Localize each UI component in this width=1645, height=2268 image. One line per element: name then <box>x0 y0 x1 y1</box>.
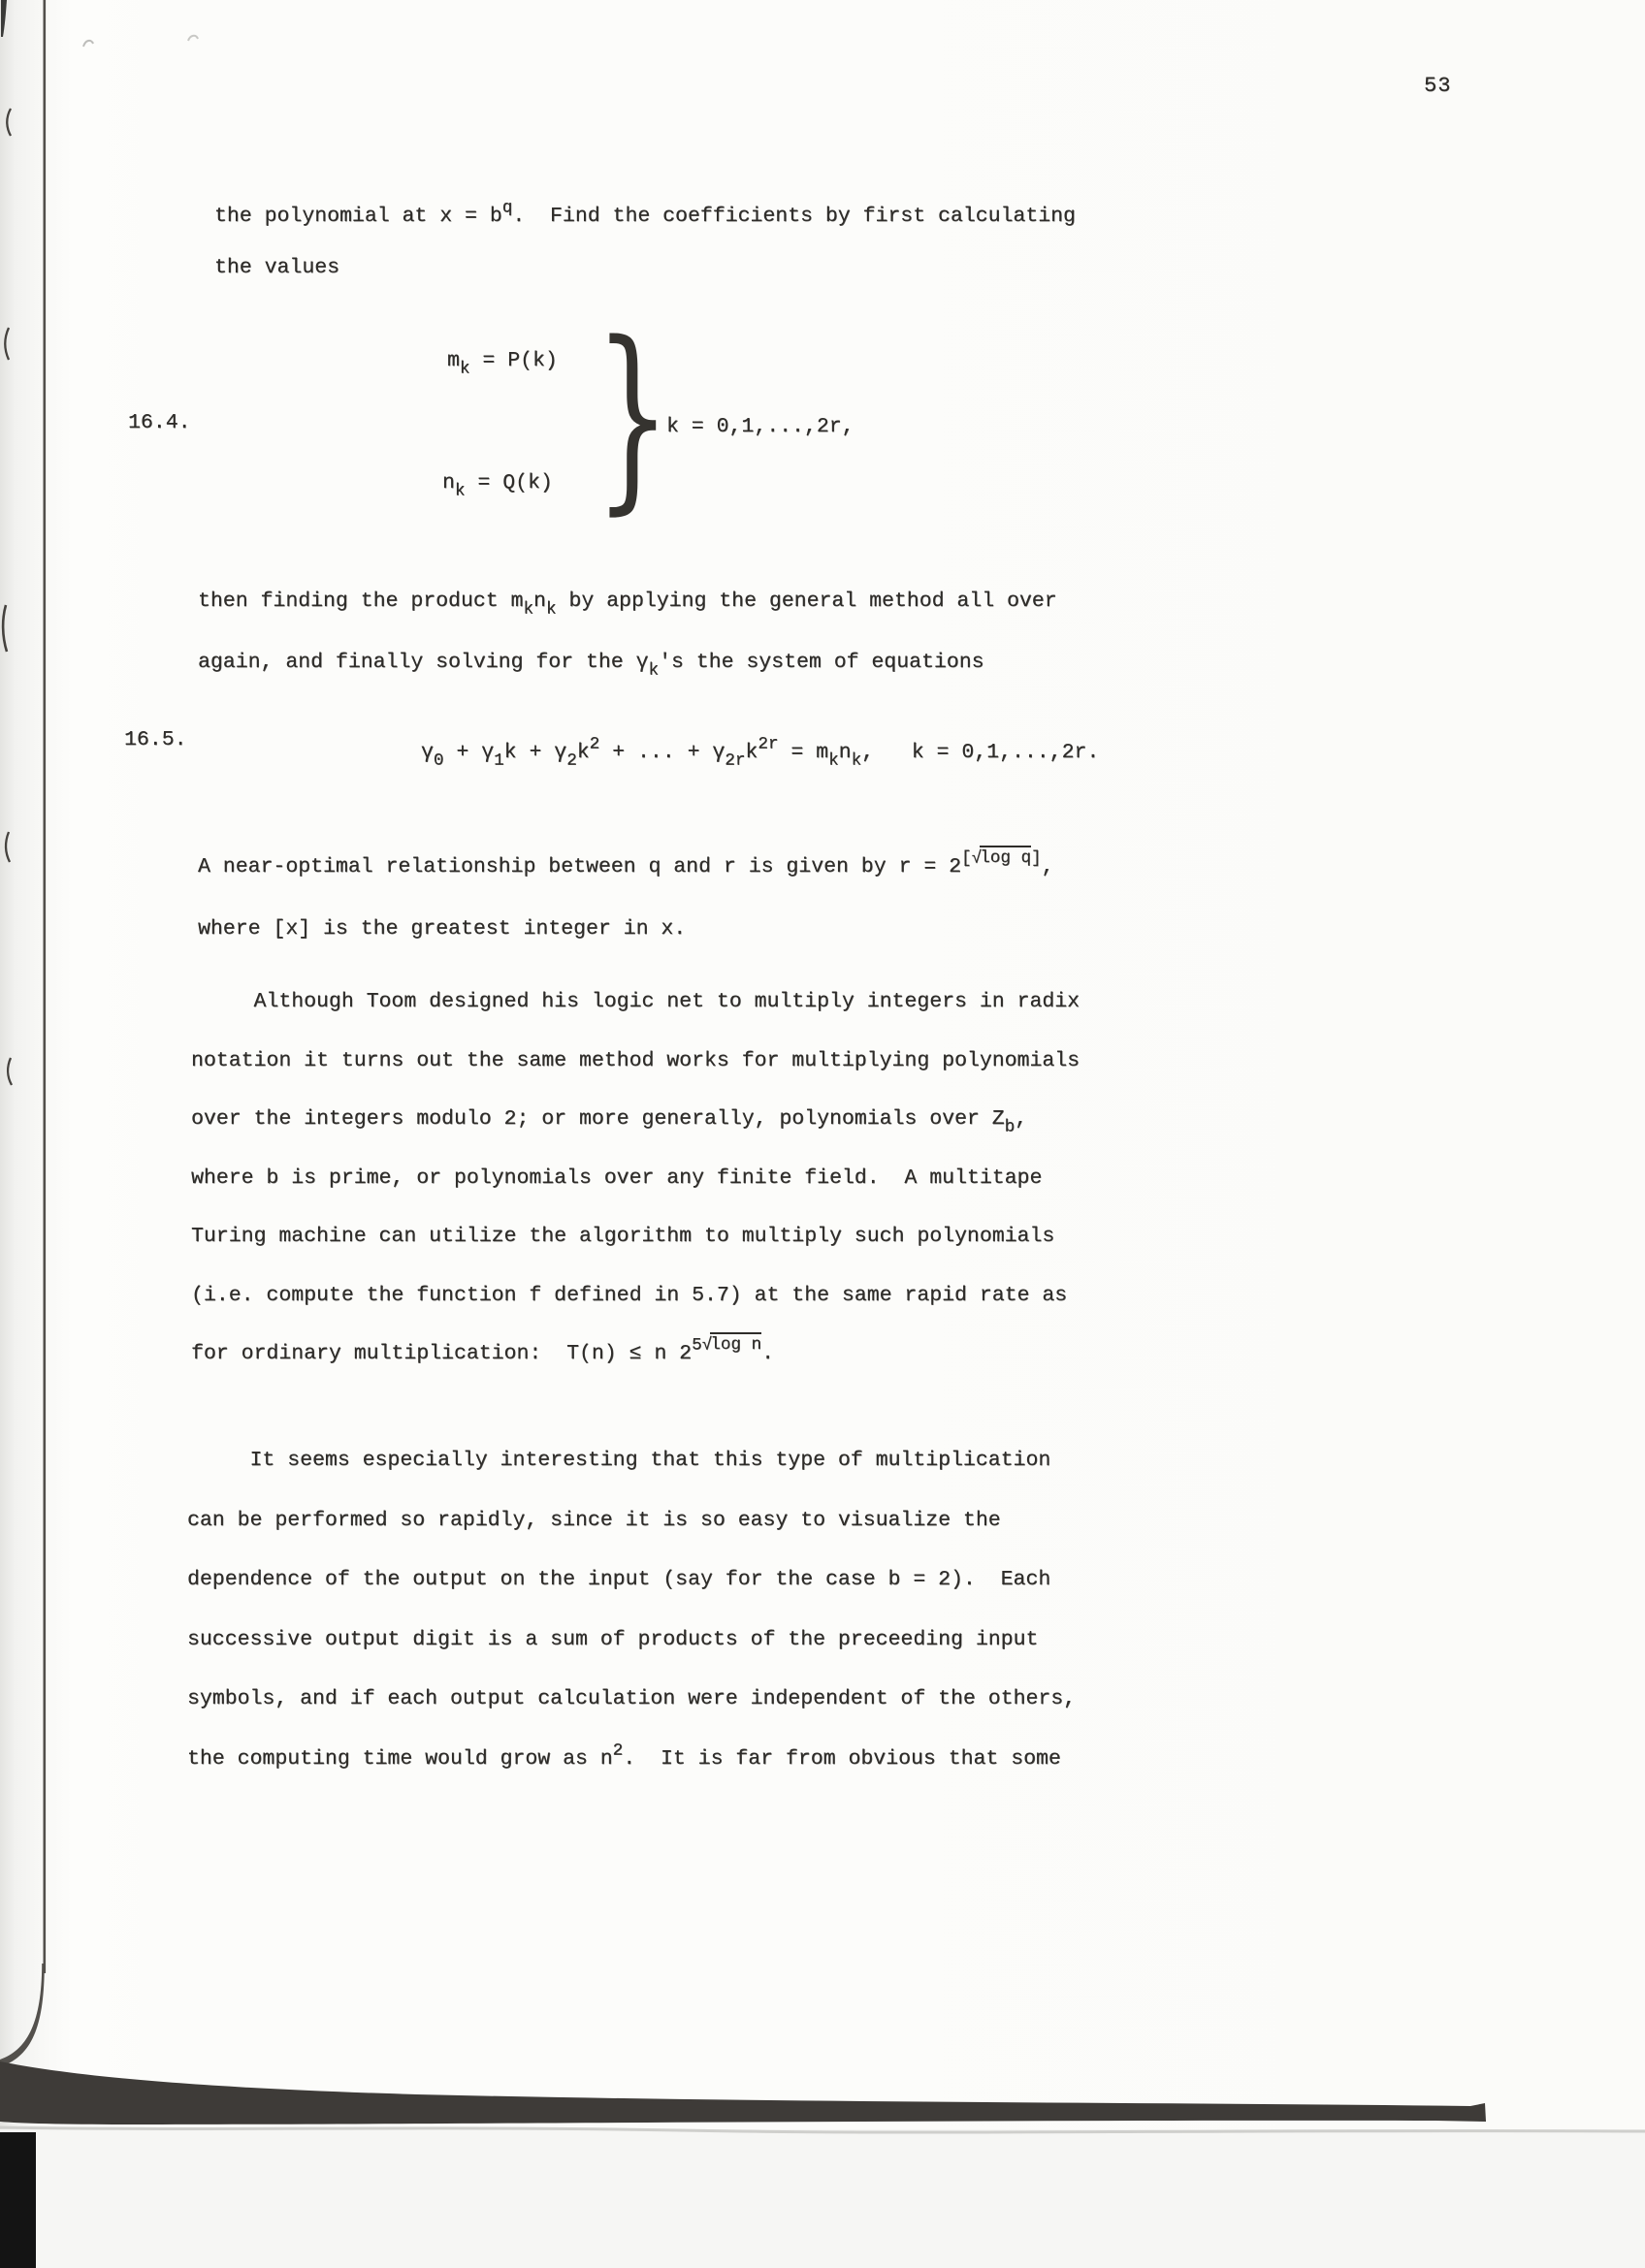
text-line: for ordinary multiplication: T(n) ≤ n 25… <box>191 1325 1080 1384</box>
text-line: notation it turns out the same method wo… <box>191 1032 1080 1091</box>
margin-mark <box>3 605 7 652</box>
margin-mark <box>8 1058 12 1085</box>
text-line: It seems especially interesting that thi… <box>187 1431 1076 1491</box>
text-line: the polynomial at x = bq. Find the coeff… <box>214 191 1076 242</box>
equation-16-4-bottom: nk = Q(k) <box>442 471 553 495</box>
paragraph-method: then finding the product mknk by applyin… <box>198 571 1057 693</box>
faint-mark <box>188 36 198 41</box>
scan-corner-black <box>0 2132 36 2268</box>
equation-16-4-top: mk = P(k) <box>447 349 558 372</box>
page-edge-curve <box>0 1964 45 2067</box>
margin-mark <box>7 109 11 136</box>
equation-16-5: γ0 + γ1k + γ2k2 + ... + γ2rk2r = mknk, k… <box>421 741 1099 764</box>
equation-label-16-4: 16.4. <box>128 411 191 434</box>
next-page-area <box>0 2129 1645 2268</box>
text-line: Although Toom designed his logic net to … <box>191 973 1080 1032</box>
scanned-page: 53 the polynomial at x = bq. Find the co… <box>0 0 1645 2268</box>
text-line: the values <box>214 242 1076 294</box>
text-line: successive output digit is a sum of prod… <box>187 1611 1076 1671</box>
text-line: dependence of the output on the input (s… <box>187 1550 1076 1611</box>
text-line: then finding the product mknk by applyin… <box>198 571 1057 632</box>
text-line: A near-optimal relationship between q an… <box>198 836 1054 898</box>
text-line: (i.e. compute the function f defined in … <box>191 1266 1080 1326</box>
text-line: symbols, and if each output calculation … <box>187 1670 1076 1730</box>
text-line: Turing machine can utilize the algorithm… <box>191 1207 1080 1266</box>
margin-mark <box>6 832 10 862</box>
corner-mark <box>1 0 7 37</box>
text-line: can be performed so rapidly, since it is… <box>187 1491 1076 1551</box>
margin-mark <box>5 328 9 360</box>
text-line: again, and finally solving for the γk's … <box>198 632 1057 693</box>
equation-16-4-condition: k = 0,1,...,2r, <box>666 415 855 438</box>
paragraph-interesting: It seems especially interesting that thi… <box>187 1431 1076 1789</box>
text-line: where [x] is the greatest integer in x. <box>198 898 1054 960</box>
text-line: where b is prime, or polynomials over an… <box>191 1149 1080 1208</box>
page-number: 53 <box>1424 74 1451 98</box>
brace-glyph: } <box>595 320 671 512</box>
text-line: over the integers modulo 2; or more gene… <box>191 1090 1080 1149</box>
faint-mark <box>83 41 93 47</box>
equation-label-16-5: 16.5. <box>124 728 187 751</box>
paragraph-intro: the polynomial at x = bq. Find the coeff… <box>214 191 1076 294</box>
page-edge-line <box>44 0 47 1973</box>
text-line: the computing time would grow as n2. It … <box>187 1730 1076 1790</box>
scan-band <box>0 2061 1486 2124</box>
paragraph-near-optimal: A near-optimal relationship between q an… <box>198 836 1054 960</box>
paragraph-toom: Although Toom designed his logic net to … <box>191 973 1080 1384</box>
